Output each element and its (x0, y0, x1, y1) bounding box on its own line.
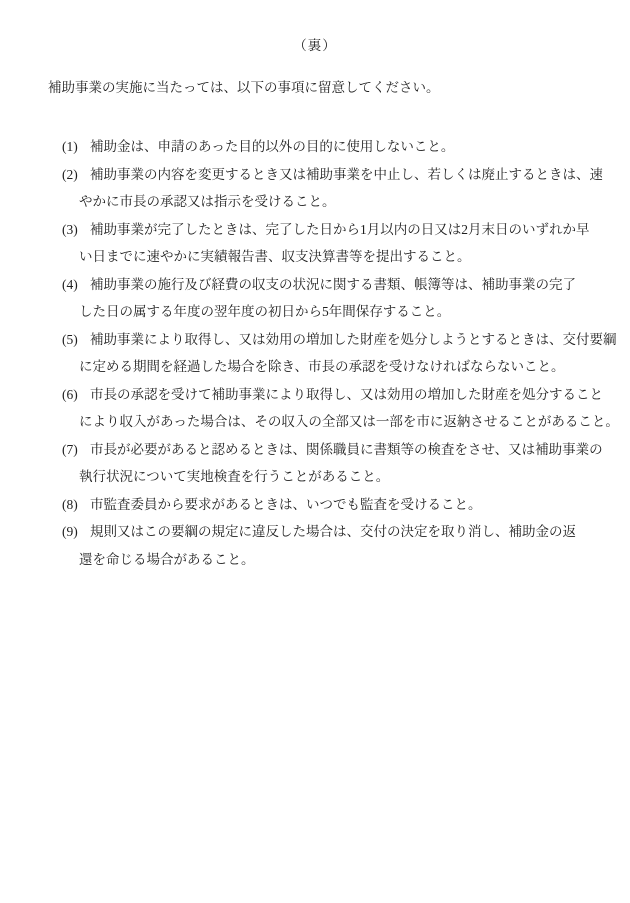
list-item: (8) 市監査委員から要求があるときは、いつでも監査を受けること。 (0, 491, 630, 519)
item-body: 規則又はこの要綱の規定に違反した場合は、交付の決定を取り消し、補助金の返還を命じ… (90, 518, 610, 573)
item-line-continuation: い日までに速やかに実績報告書、収支決算書等を提出すること。 (79, 243, 610, 271)
item-line-first: 補助事業の施行及び経費の収支の状況に関する書類、帳簿等は、補助事業の完了 (90, 271, 610, 299)
page-title: （裏） (0, 0, 630, 55)
item-line-continuation: やかに市長の承認又は指示を受けること。 (79, 188, 610, 216)
item-line-continuation: 還を命じる場合があること。 (79, 546, 610, 574)
item-body: 補助事業の施行及び経費の収支の状況に関する書類、帳簿等は、補助事業の完了した日の… (90, 271, 610, 326)
item-line-first: 市長の承認を受けて補助事業により取得し、又は効用の増加した財産を処分すること (90, 381, 610, 409)
item-number: (9) (62, 518, 78, 546)
list-item: (9) 規則又はこの要綱の規定に違反した場合は、交付の決定を取り消し、補助金の返… (0, 518, 630, 573)
item-number: (4) (62, 271, 78, 299)
item-line-continuation: 執行状況について実地検査を行うことがあること。 (79, 463, 610, 491)
item-line-first: 市長が必要があると認めるときは、関係職員に書類等の検査をさせ、又は補助事業の (90, 436, 610, 464)
item-number: (8) (62, 491, 78, 519)
list-item: (6) 市長の承認を受けて補助事業により取得し、又は効用の増加した財産を処分する… (0, 381, 630, 436)
item-line-first: 補助事業の内容を変更するとき又は補助事業を中止し、若しくは廃止するときは、速 (90, 161, 610, 189)
item-line-continuation: により収入があった場合は、その収入の全部又は一部を市に返納させることがあること。 (79, 408, 610, 436)
item-line-first: 補助事業により取得し、又は効用の増加した財産を処分しようとするときは、交付要綱 (90, 326, 610, 354)
notes-list: (1) 補助金は、申請のあった目的以外の目的に使用しないこと。 (2) 補助事業… (0, 133, 630, 573)
item-line-first: 補助金は、申請のあった目的以外の目的に使用しないこと。 (90, 133, 610, 161)
intro-text: 補助事業の実施に当たっては、以下の事項に留意してください。 (0, 55, 630, 97)
item-number: (5) (62, 326, 78, 354)
item-body: 補助事業の内容を変更するとき又は補助事業を中止し、若しくは廃止するときは、速やか… (90, 161, 610, 216)
item-line-continuation: に定める期間を経過した場合を除き、市長の承認を受けなければならないこと。 (79, 353, 610, 381)
item-body: 市監査委員から要求があるときは、いつでも監査を受けること。 (90, 491, 610, 519)
item-body: 市長の承認を受けて補助事業により取得し、又は効用の増加した財産を処分することによ… (90, 381, 610, 436)
document-page: （裏） 補助事業の実施に当たっては、以下の事項に留意してください。 (1) 補助… (0, 0, 630, 903)
list-item: (3) 補助事業が完了したときは、完了した日から1月以内の日又は2月末日のいずれ… (0, 216, 630, 271)
item-body: 市長が必要があると認めるときは、関係職員に書類等の検査をさせ、又は補助事業の執行… (90, 436, 610, 491)
item-number: (7) (62, 436, 78, 464)
list-item: (4) 補助事業の施行及び経費の収支の状況に関する書類、帳簿等は、補助事業の完了… (0, 271, 630, 326)
list-item: (7) 市長が必要があると認めるときは、関係職員に書類等の検査をさせ、又は補助事… (0, 436, 630, 491)
item-body: 補助事業が完了したときは、完了した日から1月以内の日又は2月末日のいずれか早い日… (90, 216, 610, 271)
item-line-first: 補助事業が完了したときは、完了した日から1月以内の日又は2月末日のいずれか早 (90, 216, 610, 244)
item-body: 補助事業により取得し、又は効用の増加した財産を処分しようとするときは、交付要綱に… (90, 326, 610, 381)
item-number: (2) (62, 161, 78, 189)
item-body: 補助金は、申請のあった目的以外の目的に使用しないこと。 (90, 133, 610, 161)
item-line-first: 市監査委員から要求があるときは、いつでも監査を受けること。 (90, 491, 610, 519)
item-number: (6) (62, 381, 78, 409)
item-number: (1) (62, 133, 78, 161)
list-item: (2) 補助事業の内容を変更するとき又は補助事業を中止し、若しくは廃止するときは… (0, 161, 630, 216)
item-line-first: 規則又はこの要綱の規定に違反した場合は、交付の決定を取り消し、補助金の返 (90, 518, 610, 546)
list-item: (5) 補助事業により取得し、又は効用の増加した財産を処分しようとするときは、交… (0, 326, 630, 381)
item-number: (3) (62, 216, 78, 244)
item-line-continuation: した日の属する年度の翌年度の初日から5年間保存すること。 (79, 298, 610, 326)
list-item: (1) 補助金は、申請のあった目的以外の目的に使用しないこと。 (0, 133, 630, 161)
